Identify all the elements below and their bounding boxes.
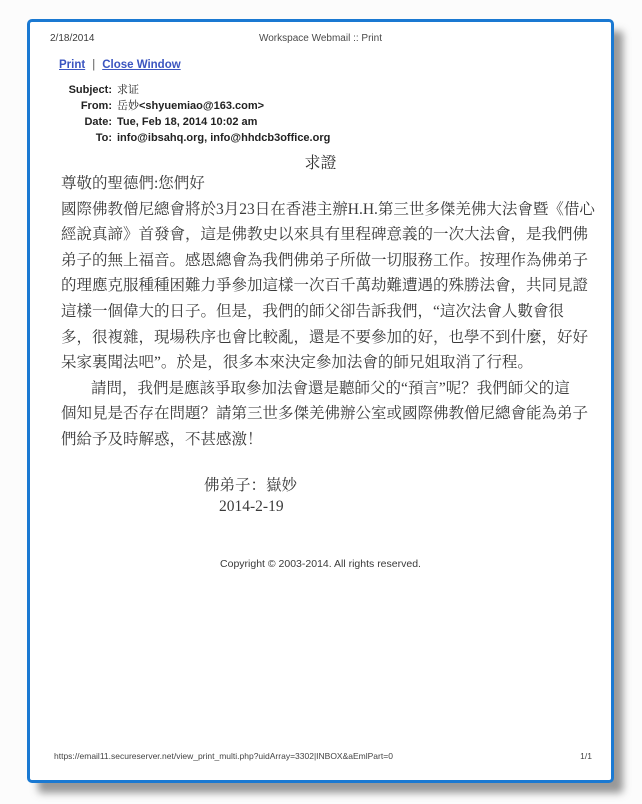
from-label: From: [30, 98, 112, 114]
header-row-to: To:info@ibsahq.org, info@hhdcb3office.or… [30, 130, 330, 146]
email-body: 尊敬的聖德們:您們好 國際佛教僧尼總會將於3月23日在香港主辦H.H.第三世多傑… [61, 171, 595, 453]
to-label: To: [30, 130, 112, 146]
body-line: 的理應克服種種困難力爭參加這樣一次百千萬劫難遭遇的殊勝法會，共同見證 [61, 273, 595, 299]
date-label: Date: [30, 114, 112, 130]
header-row-from: From:岳妙<shyuemiao@163.com> [30, 98, 330, 114]
copyright-notice: Copyright © 2003-2014. All rights reserv… [30, 558, 611, 570]
body-line: 經說真諦》首發會，這是佛教史以來具有里程碑意義的一次大法會，是我們佛 [61, 222, 595, 248]
body-line: 尊敬的聖德們:您們好 [61, 171, 595, 197]
body-line: 這樣一個偉大的日子。但是，我們的師父卻告訴我們，“這次法會人數會很 [61, 299, 595, 325]
page-footer: https://email11.secureserver.net/view_pr… [54, 751, 592, 761]
signature-date: 2014-2-19 [219, 498, 284, 516]
body-line: 多，很複雜，現場秩序也會比較亂，還是不要參加的好，也學不到什麼，好好 [61, 325, 595, 351]
body-line: 呆家裏聞法吧”。於是，很多本來決定參加法會的師兄姐取消了行程。 [61, 350, 595, 376]
body-line: 個知見是否存在問題？請第三世多傑羌佛辦公室或國際佛教僧尼總會能為弟子 [61, 401, 595, 427]
print-link[interactable]: Print [59, 59, 85, 71]
subject-label: Subject: [30, 82, 112, 98]
print-actions: Print|Close Window [59, 59, 181, 71]
subject-value: 求证 [117, 84, 139, 96]
body-line: 國際佛教僧尼總會將於3月23日在香港主辦H.H.第三世多傑羌佛大法會暨《借心 [61, 197, 595, 223]
from-name: 岳妙 [117, 100, 139, 112]
body-line: 弟子的無上福音。感恩總會為我們佛弟子所做一切服務工作。按理作為佛弟子 [61, 248, 595, 274]
close-window-link[interactable]: Close Window [102, 59, 180, 71]
header-row-date: Date:Tue, Feb 18, 2014 10:02 am [30, 114, 330, 130]
print-preview-canvas: 2/18/2014 Workspace Webmail :: Print Pri… [0, 0, 642, 804]
print-preview-page: 2/18/2014 Workspace Webmail :: Print Pri… [27, 19, 614, 783]
footer-url: https://email11.secureserver.net/view_pr… [54, 751, 393, 761]
header-row-subject: Subject:求证 [30, 82, 330, 98]
email-body-title: 求證 [30, 150, 611, 173]
signature-name: 佛弟子：嶽妙 [204, 473, 297, 495]
webmail-print-title: Workspace Webmail :: Print [30, 33, 611, 44]
to-value: info@ibsahq.org, info@hhdcb3office.org [117, 132, 330, 144]
date-value: Tue, Feb 18, 2014 10:02 am [117, 116, 257, 128]
body-line: 們給予及時解惑，不甚感激！ [61, 427, 595, 453]
footer-page-number: 1/1 [580, 751, 592, 761]
email-headers: Subject:求证 From:岳妙<shyuemiao@163.com> Da… [30, 82, 330, 146]
from-email: <shyuemiao@163.com> [139, 100, 264, 112]
link-separator: | [92, 59, 95, 71]
body-line: 請問，我們是應該爭取參加法會還是聽師父的“預言”呢？我們師父的這 [61, 376, 595, 402]
